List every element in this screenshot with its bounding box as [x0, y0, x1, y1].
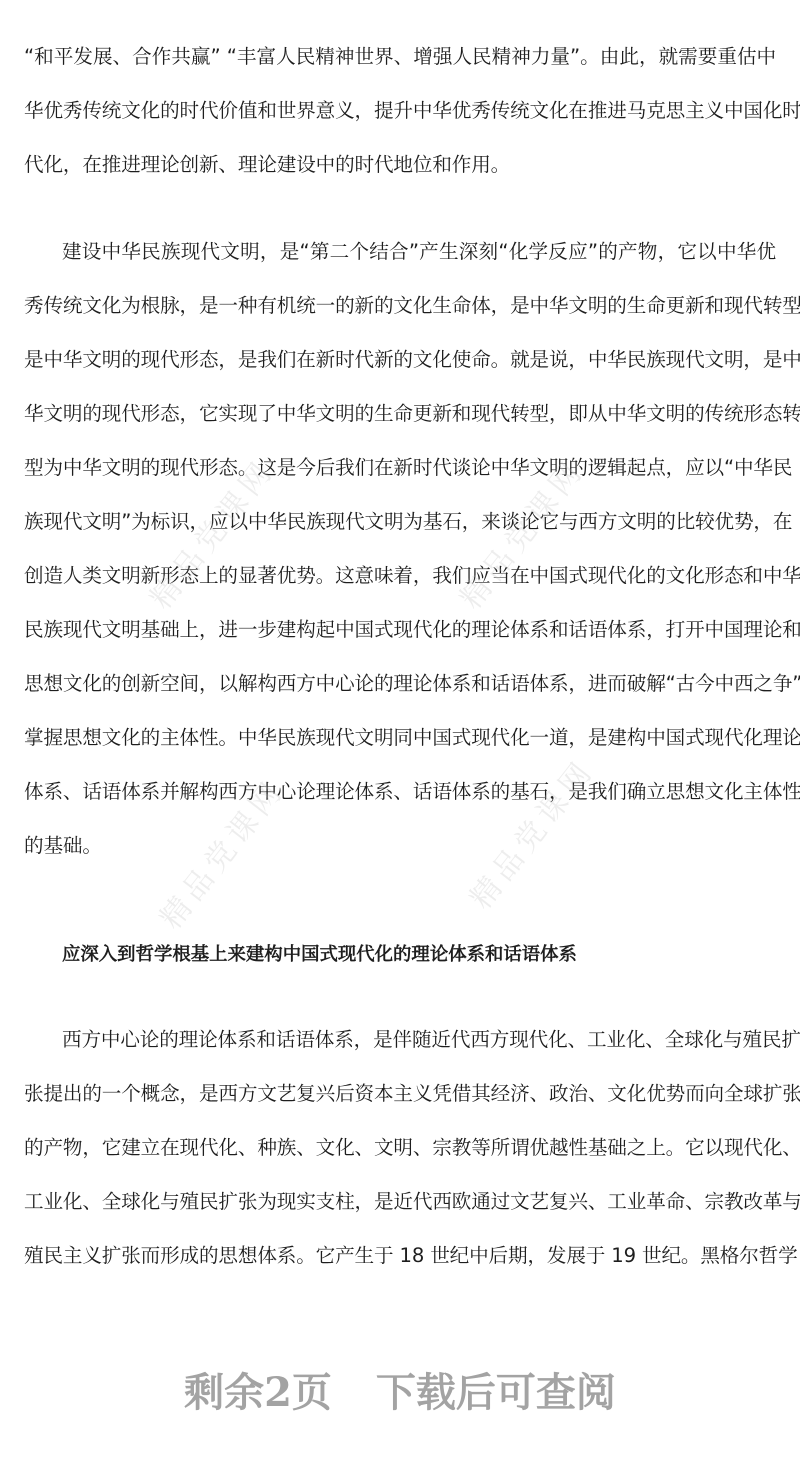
section-heading: 应深入到哲学根基上来建构中国式现代化的理论体系和话语体系	[62, 940, 577, 970]
text-line: 秀传统文化为根脉，是一种有机统一的新的文化生命体，是中华文明的生命更新和现代转型…	[24, 291, 776, 321]
text-line: 西方中心论的理论体系和话语体系，是伴随近代西方现代化、工业化、全球化与殖民扩	[62, 1025, 776, 1055]
text-line: 华优秀传统文化的时代价值和世界意义，提升中华优秀传统文化在推进马克思主义中国化时	[24, 96, 776, 126]
text-line: 的基础。	[24, 831, 776, 861]
download-to-view-label[interactable]: 下载后可查阅	[376, 1369, 616, 1416]
text-line: 型为中华文明的现代形态。这是今后我们在新时代谈论中华文明的逻辑起点，应以“中华民	[24, 453, 776, 483]
text-line: 族现代文明”为标识，应以中华民族现代文明为基石，来谈论它与西方文明的比较优势，在	[24, 507, 776, 537]
text-line: 代化，在推进理论创新、理论建设中的时代地位和作用。	[24, 150, 776, 180]
text-line: 殖民主义扩张而形成的思想体系。它产生于 18 世纪中后期，发展于 19 世纪。黑…	[24, 1241, 776, 1271]
text-line: 华文明的现代形态，它实现了中华文明的生命更新和现代转型，即从中华文明的传统形态转	[24, 399, 776, 429]
text-line: 工业化、全球化与殖民扩张为现实支柱，是近代西欧通过文艺复兴、工业革命、宗教改革与	[24, 1187, 776, 1217]
download-prompt[interactable]: 剩余2页下载后可查阅	[0, 1368, 800, 1418]
text-line: 的产物，它建立在现代化、种族、文化、文明、宗教等所谓优越性基础之上。它以现代化、	[24, 1133, 776, 1163]
text-line: 张提出的一个概念，是西方文艺复兴后资本主义凭借其经济、政治、文化优势而向全球扩张	[24, 1079, 776, 1109]
text-line: 思想文化的创新空间，以解构西方中心论的理论体系和话语体系，进而破解“古今中西之争…	[24, 669, 776, 699]
text-line: 体系、话语体系并解构西方中心论理论体系、话语体系的基石，是我们确立思想文化主体性	[24, 777, 776, 807]
text-line: 建设中华民族现代文明，是“第二个结合”产生深刻“化学反应”的产物，它以中华优	[62, 237, 776, 267]
text-line: 创造人类文明新形态上的显著优势。这意味着，我们应当在中国式现代化的文化形态和中华	[24, 561, 776, 591]
text-line: 民族现代文明基础上，进一步建构起中国式现代化的理论体系和话语体系，打开中国理论和	[24, 615, 776, 645]
text-line: “和平发展、合作共赢” “丰富人民精神世界、增强人民精神力量”。由此，就需要重估…	[24, 42, 776, 72]
text-line: 掌握思想文化的主体性。中华民族现代文明同中国式现代化一道，是建构中国式现代化理论	[24, 723, 776, 753]
remaining-pages-label: 剩余2页	[184, 1369, 332, 1416]
document-page: “和平发展、合作共赢” “丰富人民精神世界、增强人民精神力量”。由此，就需要重估…	[0, 0, 800, 1471]
text-line: 是中华文明的现代形态，是我们在新时代新的文化使命。就是说，中华民族现代文明，是中	[24, 345, 776, 375]
